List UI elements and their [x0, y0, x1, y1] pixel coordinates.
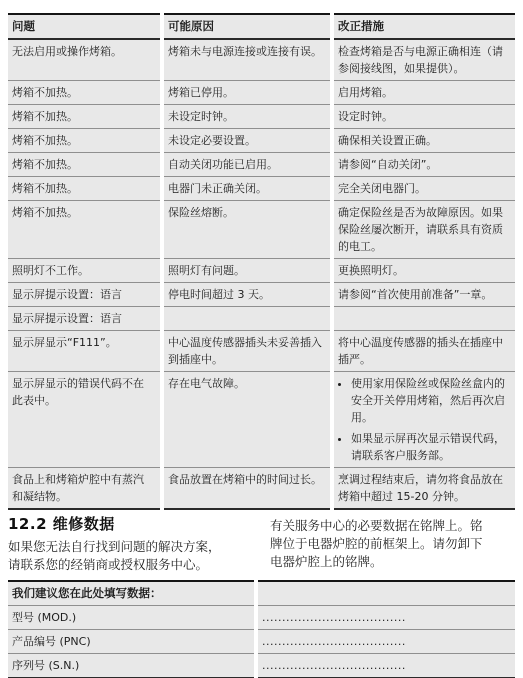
section-title: 维修数据 [53, 515, 115, 533]
problem-cell: 食品上和烤箱炉腔中有蒸汽和凝结物。 [8, 468, 160, 510]
remedy-cell: 检查烤箱是否与电源正确相连（请参阅接线图，如果提供）。 [334, 40, 515, 81]
cause-cell: 未设定时钟。 [164, 105, 330, 129]
remedy-cell [334, 307, 515, 331]
table-row: 显示屏显示“F111”。 中心温度传感器插头未妥善插入到插座中。 将中心温度传感… [8, 331, 515, 372]
remedy-bullet: 如果显示屏再次显示错误代码，请联系客户服务部。 [351, 430, 509, 464]
remedy-cell: 更换照明灯。 [334, 259, 515, 283]
table-row: 显示屏提示设置：语言 [8, 307, 515, 331]
section-number: 12.2 [8, 515, 47, 533]
problem-cell: 显示屏显示“F111”。 [8, 331, 160, 372]
cause-cell: 电器门未正确关闭。 [164, 177, 330, 201]
fill-table-header-empty [258, 580, 515, 606]
cause-cell: 中心温度传感器插头未妥善插入到插座中。 [164, 331, 330, 372]
cause-cell: 停电时间超过 3 天。 [164, 283, 330, 307]
fill-table-header-row: 我们建议您在此处填写数据： [8, 580, 515, 606]
problem-cell: 照明灯不工作。 [8, 259, 160, 283]
section-left-column: 12.2 维修数据 如果您无法自行找到问题的解决方案，请联系您的经销商或授权服务… [8, 516, 270, 574]
table-row: 烤箱不加热。 未设定时钟。 设定时钟。 [8, 105, 515, 129]
table-row: 显示屏提示设置：语言 停电时间超过 3 天。 请参阅“首次使用前准备”一章。 [8, 283, 515, 307]
problem-cell: 烤箱不加热。 [8, 153, 160, 177]
service-data-section: 12.2 维修数据 如果您无法自行找到问题的解决方案，请联系您的经销商或授权服务… [8, 516, 515, 574]
table-header-row: 问题 可能原因 改正措施 [8, 13, 515, 40]
table-row: 烤箱不加热。 未设定必要设置。 确保相关设置正确。 [8, 129, 515, 153]
problem-cell: 显示屏显示的错误代码不在此表中。 [8, 372, 160, 468]
cause-cell: 未设定必要设置。 [164, 129, 330, 153]
problem-cell: 烤箱不加热。 [8, 201, 160, 259]
remedy-cell: 请参阅“首次使用前准备”一章。 [334, 283, 515, 307]
remedy-bullet: 使用家用保险丝或保险丝盒内的安全开关停用烤箱，然后再次启用。 [351, 375, 509, 426]
problem-cell: 显示屏提示设置：语言 [8, 283, 160, 307]
troubleshooting-table: 问题 可能原因 改正措施 无法启用或操作烤箱。 烤箱未与电源连接或连接有误。 检… [4, 13, 519, 510]
model-label: 型号 (MOD.) [8, 606, 254, 630]
problem-cell: 烤箱不加热。 [8, 105, 160, 129]
table-row: 烤箱不加热。 保险丝熔断。 确定保险丝是否为故障原因。如果保险丝屡次断开，请联系… [8, 201, 515, 259]
problem-cell: 烤箱不加热。 [8, 129, 160, 153]
problem-cell: 无法启用或操作烤箱。 [8, 40, 160, 81]
table-row: 无法启用或操作烤箱。 烤箱未与电源连接或连接有误。 检查烤箱是否与电源正确相连（… [8, 40, 515, 81]
cause-cell: 保险丝熔断。 [164, 201, 330, 259]
remedy-cell: 确保相关设置正确。 [334, 129, 515, 153]
cause-cell: 食品放置在烤箱中的时间过长。 [164, 468, 330, 510]
section-paragraph-left: 如果您无法自行找到问题的解决方案，请联系您的经销商或授权服务中心。 [8, 538, 230, 574]
table-row: 显示屏显示的错误代码不在此表中。 存在电气故障。 使用家用保险丝或保险丝盒内的安… [8, 372, 515, 468]
problem-cell: 烤箱不加热。 [8, 177, 160, 201]
serial-fill-line: .................................... [258, 654, 515, 678]
pnc-label: 产品编号 (PNC) [8, 630, 254, 654]
table-row: 烤箱不加热。 自动关闭功能已启用。 请参阅“自动关闭”。 [8, 153, 515, 177]
table-row: 产品编号 (PNC) .............................… [8, 630, 515, 654]
remedy-cell: 完全关闭电器门。 [334, 177, 515, 201]
remedy-cell: 设定时钟。 [334, 105, 515, 129]
table-row: 序列号 (S.N.) .............................… [8, 654, 515, 678]
remedy-cell: 请参阅“自动关闭”。 [334, 153, 515, 177]
model-fill-line: .................................... [258, 606, 515, 630]
problem-cell: 烤箱不加热。 [8, 81, 160, 105]
column-header-cause: 可能原因 [164, 13, 330, 40]
fill-in-data-table: 我们建议您在此处填写数据： 型号 (MOD.) ................… [4, 580, 519, 678]
remedy-cell: 启用烤箱。 [334, 81, 515, 105]
cause-cell: 烤箱未与电源连接或连接有误。 [164, 40, 330, 81]
cause-cell: 烤箱已停用。 [164, 81, 330, 105]
section-paragraph-right: 有关服务中心的必要数据在铭牌上。铭牌位于电器炉腔的前框架上。请勿卸下电器炉腔上的… [270, 517, 492, 571]
remedy-bullet-list: 使用家用保险丝或保险丝盒内的安全开关停用烤箱，然后再次启用。 如果显示屏再次显示… [338, 375, 509, 464]
section-right-column: 有关服务中心的必要数据在铭牌上。铭牌位于电器炉腔的前框架上。请勿卸下电器炉腔上的… [270, 516, 515, 574]
table-row: 照明灯不工作。 照明灯有问题。 更换照明灯。 [8, 259, 515, 283]
problem-cell: 显示屏提示设置：语言 [8, 307, 160, 331]
pnc-fill-line: .................................... [258, 630, 515, 654]
remedy-cell: 使用家用保险丝或保险丝盒内的安全开关停用烤箱，然后再次启用。 如果显示屏再次显示… [334, 372, 515, 468]
table-row: 型号 (MOD.) ..............................… [8, 606, 515, 630]
remedy-cell: 烹调过程结束后，请勿将食品放在烤箱中超过 15-20 分钟。 [334, 468, 515, 510]
fill-table-header: 我们建议您在此处填写数据： [8, 580, 254, 606]
cause-cell: 存在电气故障。 [164, 372, 330, 468]
manual-page: 问题 可能原因 改正措施 无法启用或操作烤箱。 烤箱未与电源连接或连接有误。 检… [0, 0, 523, 678]
table-row: 烤箱不加热。 烤箱已停用。 启用烤箱。 [8, 81, 515, 105]
table-row: 食品上和烤箱炉腔中有蒸汽和凝结物。 食品放置在烤箱中的时间过长。 烹调过程结束后… [8, 468, 515, 510]
table-row: 烤箱不加热。 电器门未正确关闭。 完全关闭电器门。 [8, 177, 515, 201]
cause-cell: 照明灯有问题。 [164, 259, 330, 283]
serial-label: 序列号 (S.N.) [8, 654, 254, 678]
cause-cell: 自动关闭功能已启用。 [164, 153, 330, 177]
cause-cell [164, 307, 330, 331]
remedy-cell: 将中心温度传感器的插头在插座中插严。 [334, 331, 515, 372]
section-heading: 12.2 维修数据 [8, 516, 270, 532]
column-header-remedy: 改正措施 [334, 13, 515, 40]
remedy-cell: 确定保险丝是否为故障原因。如果保险丝屡次断开，请联系具有资质的电工。 [334, 201, 515, 259]
column-header-problem: 问题 [8, 13, 160, 40]
